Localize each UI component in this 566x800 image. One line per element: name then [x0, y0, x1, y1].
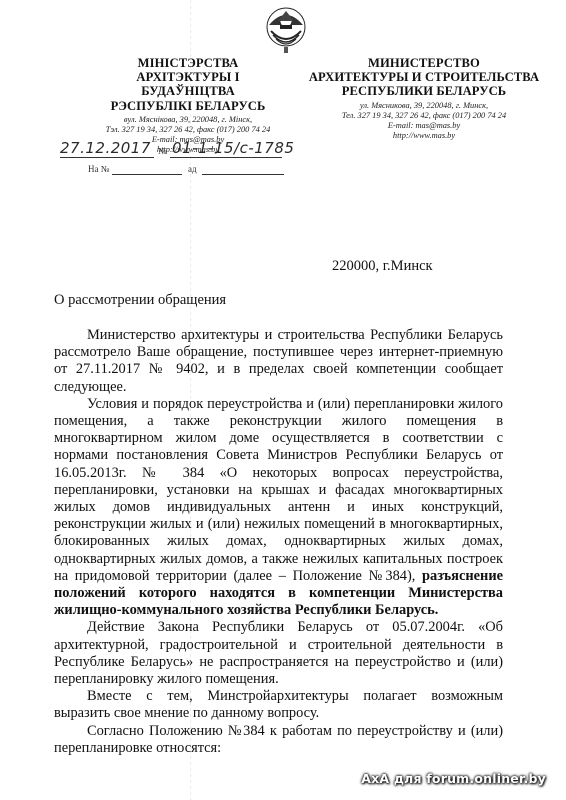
letter-body: Министерство архитектуры и строительства…	[54, 327, 503, 757]
date-underline	[60, 157, 154, 158]
registration-block: 27.12.2017 № 01-1-15/с-1785	[60, 139, 330, 161]
reply-number-field	[112, 174, 182, 175]
belarus-state-emblem-icon	[264, 3, 308, 55]
number-label: №	[158, 146, 167, 156]
phone-line: Тел. 327 19 34, 327 26 42, факс (017) 20…	[308, 111, 540, 121]
reply-reference: На № ад	[88, 164, 308, 178]
phone-line: Тэл. 327 19 34, 327 26 42, факс (017) 20…	[88, 125, 288, 135]
paragraph: Согласно Положению №384 к работам по пер…	[54, 723, 503, 757]
registration-number: 01-1-15/с-1785	[172, 139, 294, 157]
address-line: вул. Мяснікова, 39, 220048, г. Мінск,	[88, 115, 288, 125]
paragraph-text: Согласно Положению №384 к работам по пер…	[54, 723, 503, 756]
paragraph: Вместе с тем, Минстройархитектуры полага…	[54, 688, 503, 722]
org-name-line: МИНИСТЕРСТВО	[308, 56, 540, 70]
letter-subject: О рассмотрении обращения	[54, 292, 226, 309]
paragraph: Условия и порядок переустройства и (или)…	[54, 396, 503, 620]
paragraph-text: Условия и порядок переустройства и (или)…	[54, 396, 503, 584]
reply-date-field	[202, 174, 284, 175]
paragraph-text: Действие Закона Республики Беларусь от 0…	[54, 619, 503, 687]
reply-to-label: На №	[88, 164, 109, 174]
paragraph: Министерство архитектуры и строительства…	[54, 327, 503, 396]
addressee: 220000, г.Минск	[332, 258, 433, 275]
org-address: ул. Мясникова, 39, 220048, г. Минск, Тел…	[308, 101, 540, 141]
address-line: ул. Мясникова, 39, 220048, г. Минск,	[308, 101, 540, 111]
registration-date: 27.12.2017	[60, 139, 151, 157]
org-name-line: АРХИТЕКТУРЫ И СТРОИТЕЛЬСТВА	[308, 70, 540, 84]
reply-from-label: ад	[188, 164, 197, 174]
website-line: http://www.mas.by	[308, 131, 540, 141]
paragraph-text: Вместе с тем, Минстройархитектуры полага…	[54, 688, 503, 721]
paragraph-text: Министерство архитектуры и строительства…	[54, 327, 503, 395]
number-underline	[170, 157, 282, 158]
org-name-line: АРХІТЭКТУРЫ І БУДАЎНІЦТВА	[88, 70, 288, 98]
paragraph: Действие Закона Республики Беларусь от 0…	[54, 619, 503, 688]
org-name-line: РЭСПУБЛІКІ БЕЛАРУСЬ	[88, 99, 288, 113]
org-name-line: МІНІСТЭРСТВА	[88, 56, 288, 70]
org-name-line: РЕСПУБЛИКИ БЕЛАРУСЬ	[308, 84, 540, 98]
letterhead-russian: МИНИСТЕРСТВО АРХИТЕКТУРЫ И СТРОИТЕЛЬСТВА…	[308, 56, 540, 141]
email-line: E-mail: mas@mas.by	[308, 121, 540, 131]
watermark: AxA для forum.onliner.by	[361, 771, 546, 786]
